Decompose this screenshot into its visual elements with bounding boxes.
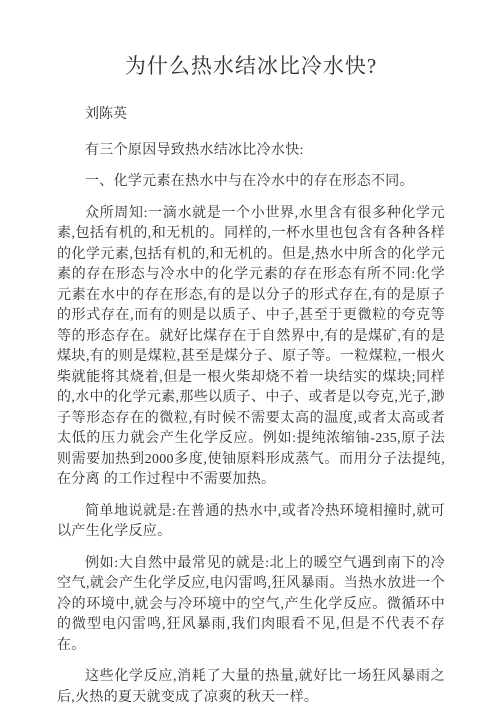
body-paragraph: 众所周知:一滴水就是一个小世界,水里含有很多种化学元素,包括有机的,和无机的。同… (57, 204, 445, 491)
intro-paragraph: 有三个原因导致热水结冰比冷水快: (57, 141, 445, 162)
author-byline: 刘陈英 (57, 105, 445, 126)
section-heading: 一、化学元素在热水中与在冷水中的存在形态不同。 (57, 172, 445, 193)
body-paragraph: 简单地说就是:在普通的热水中,或者冷热环境相撞时,就可以产生化学反应。 (57, 502, 445, 543)
document-title: 为什么热水结冰比冷水快? (57, 52, 445, 80)
document-page: 为什么热水结冰比冷水快? 刘陈英 有三个原因导致热水结冰比冷水快: 一、化学元素… (0, 0, 500, 707)
body-paragraph: 例如:大自然中最常见的就是:北上的暖空气遇到南下的冷空气,就会产生化学反应,电闪… (57, 554, 445, 657)
body-paragraph: 这些化学反应,消耗了大量的热量,就好比一场狂风暴雨之后,火热的夏天就变成了凉爽的… (57, 667, 445, 707)
